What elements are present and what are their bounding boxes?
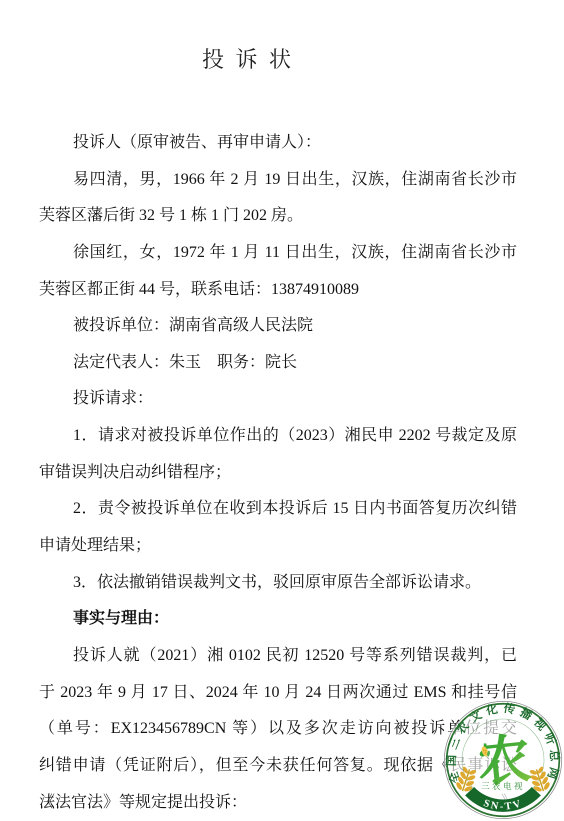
document-line: 投诉人（原审被告、再审申请人）： [39,125,517,162]
document-section-heading: 事实与理由： [39,601,517,638]
document-line: 2．责令被投诉单位在收到本投诉后 15 日内书面答复历次纠错 [39,491,517,528]
document-line: 投诉人就（2021）湘 0102 民初 12520 号等系列错误裁判，已 [39,638,517,675]
document-line: 投诉请求： [39,381,517,418]
document-line: 审错误判决启动纠错程序； [39,455,517,492]
document-line: 易四清，男，1966 年 2 月 19 日出生，汉族，住湖南省长沙市 [39,162,517,199]
sn-tv-logo-watermark: 全国三农文化传播视听总网 农 三农电视 [441,698,564,821]
logo-subtitle: 三农电视 [481,780,525,791]
document-line: 被投诉单位：湖南省高级人民法院 [39,308,517,345]
document-title: 投 诉 状 [9,45,487,75]
document-page: 投 诉 状 投诉人（原审被告、再审申请人）： 易四清，男，1966 年 2 月 … [0,0,564,821]
document-line: 1．请求对被投诉单位作出的（2023）湘民申 2202 号裁定及原 [39,418,517,455]
document-line: 3．依法撤销错误裁判文书，驳回原审原告全部诉讼请求。 [39,565,517,602]
document-line: 芙蓉区都正街 44 号，联系电话：13874910089 [39,272,517,309]
document-line: 徐国红，女，1972 年 1 月 11 日出生，汉族，住湖南省长沙市 [39,235,517,272]
document-line: 申请处理结果； [39,528,517,565]
document-line: 法定代表人：朱玉 职务：院长 [39,345,517,382]
document-line: 芙蓉区藩后街 32 号 1 栋 1 门 202 房。 [39,198,517,235]
